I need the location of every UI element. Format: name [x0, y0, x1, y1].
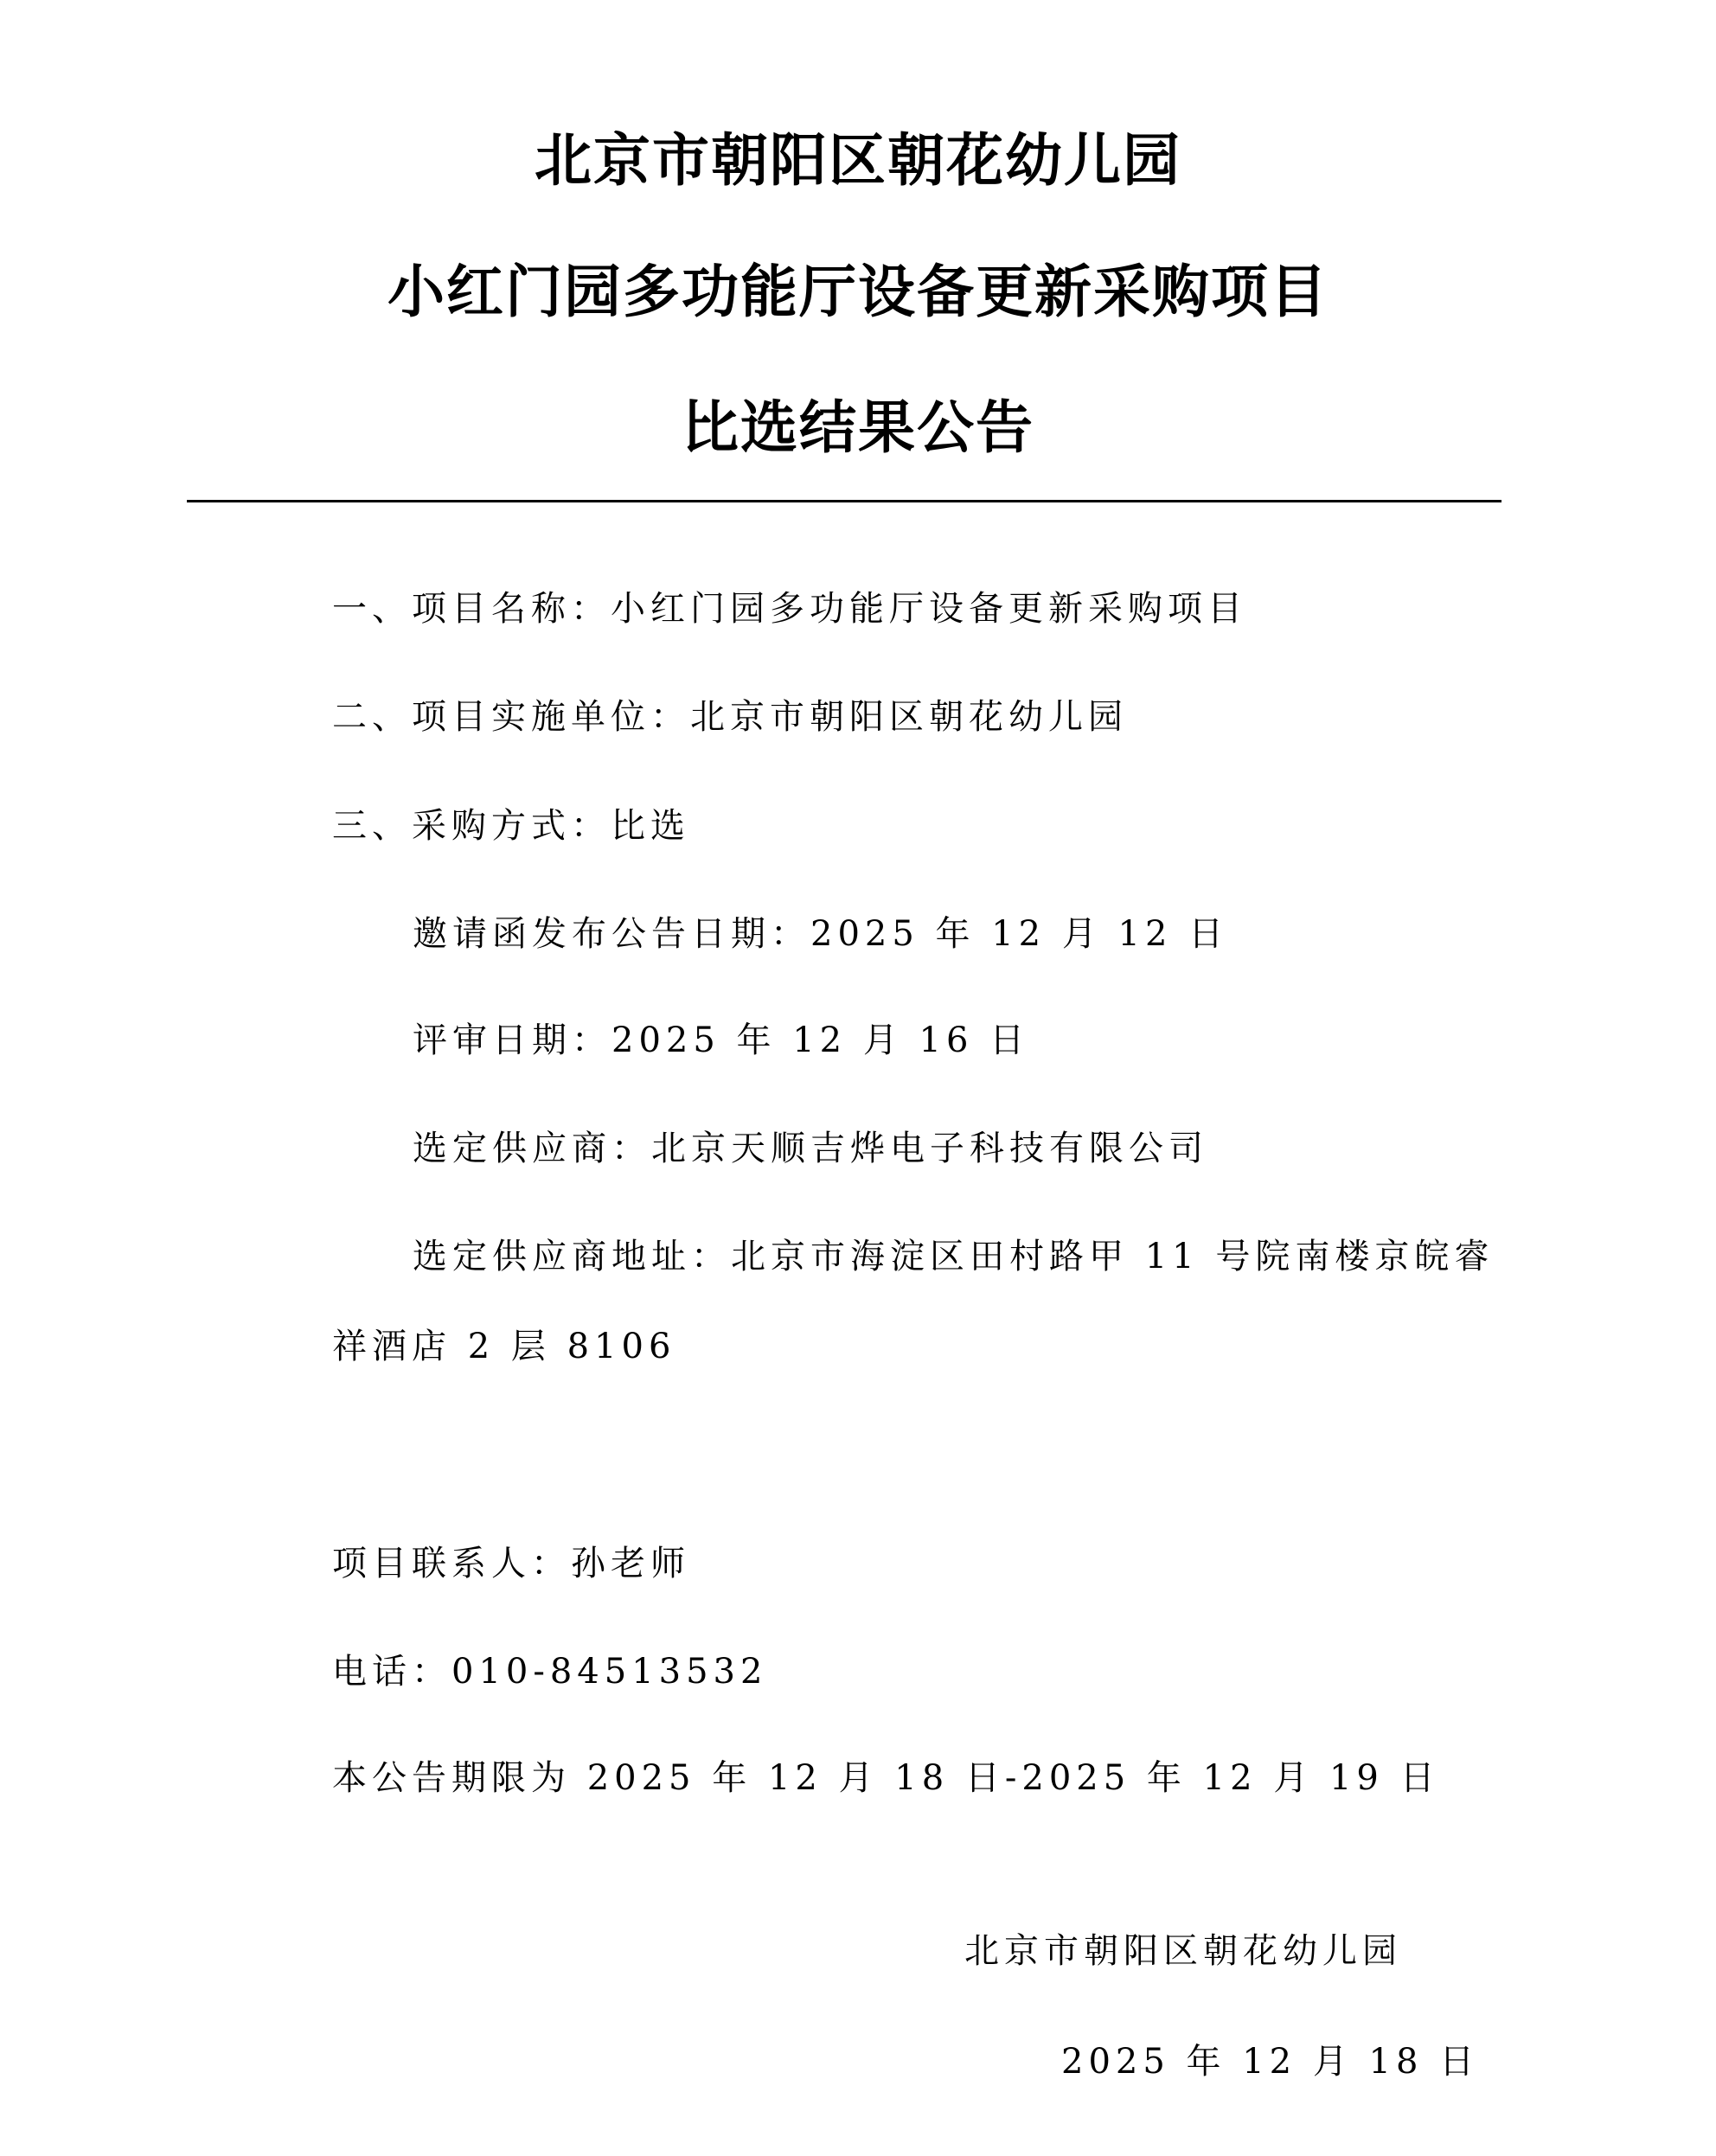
- signature-date: 2025 年 12 月 18 日: [1061, 2038, 1479, 2086]
- title-line-announcement: 比选结果公告: [0, 393, 1716, 463]
- implementing-unit: 二、项目实施单位：北京市朝阳区朝花幼儿园: [332, 693, 1128, 741]
- review-date: 评审日期：2025 年 12 月 16 日: [413, 1016, 1029, 1065]
- supplier-address: 选定供应商地址：北京市海淀区田村路甲 11 号院南楼京皖睿: [413, 1232, 1494, 1281]
- title-divider: [187, 500, 1501, 502]
- project-name: 一、项目名称：小红门园多功能厅设备更新采购项目: [332, 585, 1247, 633]
- notice-period: 本公告期限为 2025 年 12 月 18 日-2025 年 12 月 19 日: [332, 1754, 1440, 1802]
- signature-organization: 北京市朝阳区朝花幼儿园: [964, 1927, 1402, 1975]
- procurement-method: 三、采购方式：比选: [332, 802, 690, 850]
- contact-person: 项目联系人：孙老师: [332, 1539, 690, 1588]
- supplier-address-continued: 祥酒店 2 层 8106: [332, 1322, 676, 1371]
- contact-phone: 电话：010-84513532: [332, 1647, 767, 1696]
- invitation-date: 邀请函发布公告日期：2025 年 12 月 12 日: [413, 910, 1228, 958]
- title-line-organization: 北京市朝阳区朝花幼儿园: [0, 126, 1716, 195]
- title-line-project: 小红门园多功能厅设备更新采购项目: [0, 258, 1716, 327]
- selected-supplier: 选定供应商：北京天顺吉烨电子科技有限公司: [413, 1124, 1208, 1173]
